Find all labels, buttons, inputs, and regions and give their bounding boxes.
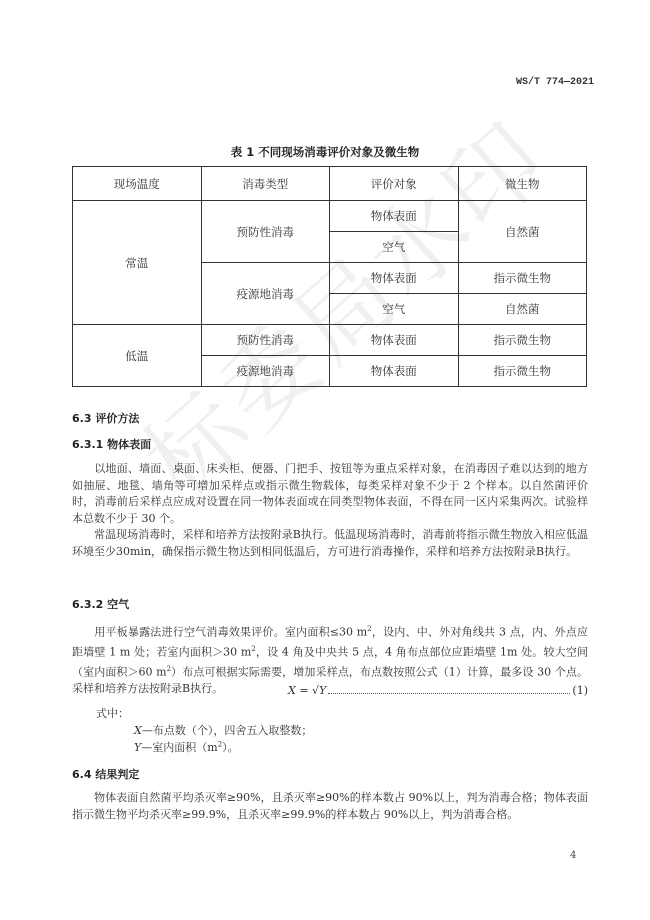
definition: —室内面积（m <box>141 741 217 754</box>
formula-number: (1) <box>572 684 588 697</box>
cell-type: 疫源地消毒 <box>201 356 330 387</box>
cell-microbe: 自然菌 <box>458 294 587 325</box>
paragraph-surface-sampling: 以地面、墙面、桌面、床头柜、便器、门把手、按钮等为重点采样对象，在消毒因子难以达… <box>72 461 588 527</box>
section-heading-6-3-1: 6.3.1 物体表面 <box>72 436 151 452</box>
formula-leader-dots <box>328 685 570 694</box>
variable: X <box>134 724 142 737</box>
cell-type: 预防性消毒 <box>201 325 330 356</box>
cell-microbe: 指示微生物 <box>458 356 587 387</box>
cell-object: 物体表面 <box>330 325 459 356</box>
section-heading-6-3: 6.3 评价方法 <box>72 410 139 426</box>
page-number: 4 <box>570 850 576 861</box>
formula-1: X = √Y (1) <box>288 684 588 697</box>
paragraph-text: 常温现场消毒时，采样和培养方法按附录B执行。低温现场消毒时，消毒前将指示微生物放… <box>72 528 588 558</box>
where-y: Y—室内面积（m2）。 <box>134 739 239 755</box>
where-label: 式中： <box>96 705 129 721</box>
cell-type: 预防性消毒 <box>201 201 330 263</box>
table-row: 低温 预防性消毒 物体表面 指示微生物 <box>73 325 587 356</box>
cell-object: 物体表面 <box>330 356 459 387</box>
paragraph-text: 用平板暴露法进行空气消毒效果评价。室内面积≤30 m <box>94 626 367 639</box>
cell-object: 空气 <box>330 294 459 325</box>
definition: ）。 <box>222 741 239 754</box>
cell-object: 物体表面 <box>330 263 459 294</box>
header-cell: 微生物 <box>458 167 587 201</box>
cell-temperature: 低温 <box>73 325 202 387</box>
cell-temperature: 常温 <box>73 201 202 325</box>
where-x: X—布点数（个），四舍五入取整数； <box>134 722 312 738</box>
section-heading-6-3-2: 6.3.2 空气 <box>72 596 129 612</box>
header-cell: 评价对象 <box>330 167 459 201</box>
header-cell: 消毒类型 <box>201 167 330 201</box>
table-header-row: 现场温度 消毒类型 评价对象 微生物 <box>73 167 587 201</box>
cell-object: 空气 <box>330 232 459 263</box>
standard-code: WS/T 774—2021 <box>500 77 594 88</box>
paragraph-text: 以地面、墙面、桌面、床头柜、便器、门把手、按钮等为重点采样对象，在消毒因子难以达… <box>72 462 588 525</box>
cell-microbe: 指示微生物 <box>458 325 587 356</box>
cell-microbe: 自然菌 <box>458 201 587 263</box>
header-cell: 现场温度 <box>73 167 202 201</box>
evaluation-table: 现场温度 消毒类型 评价对象 微生物 常温 预防性消毒 物体表面 自然菌 空气 … <box>72 166 587 387</box>
cell-microbe: 指示微生物 <box>458 263 587 294</box>
definition: —布点数（个），四舍五入取整数； <box>142 724 313 737</box>
table-row: 常温 预防性消毒 物体表面 自然菌 <box>73 201 587 232</box>
table-title: 表 1 不同现场消毒评价对象及微生物 <box>0 144 650 160</box>
paragraph-text: 物体表面自然菌平均杀灭率≥90%，且杀灭率≥90%的样本数占 90%以上，判为消… <box>72 791 588 821</box>
paragraph-surface-method: 常温现场消毒时，采样和培养方法按附录B执行。低温现场消毒时，消毒前将指示微生物放… <box>72 527 588 560</box>
formula-expression: X = √Y <box>288 684 326 697</box>
cell-object: 物体表面 <box>330 201 459 232</box>
cell-type: 疫源地消毒 <box>201 263 330 325</box>
paragraph-result-judgement: 物体表面自然菌平均杀灭率≥90%，且杀灭率≥90%的样本数占 90%以上，判为消… <box>72 790 588 823</box>
section-heading-6-4: 6.4 结果判定 <box>72 766 139 782</box>
